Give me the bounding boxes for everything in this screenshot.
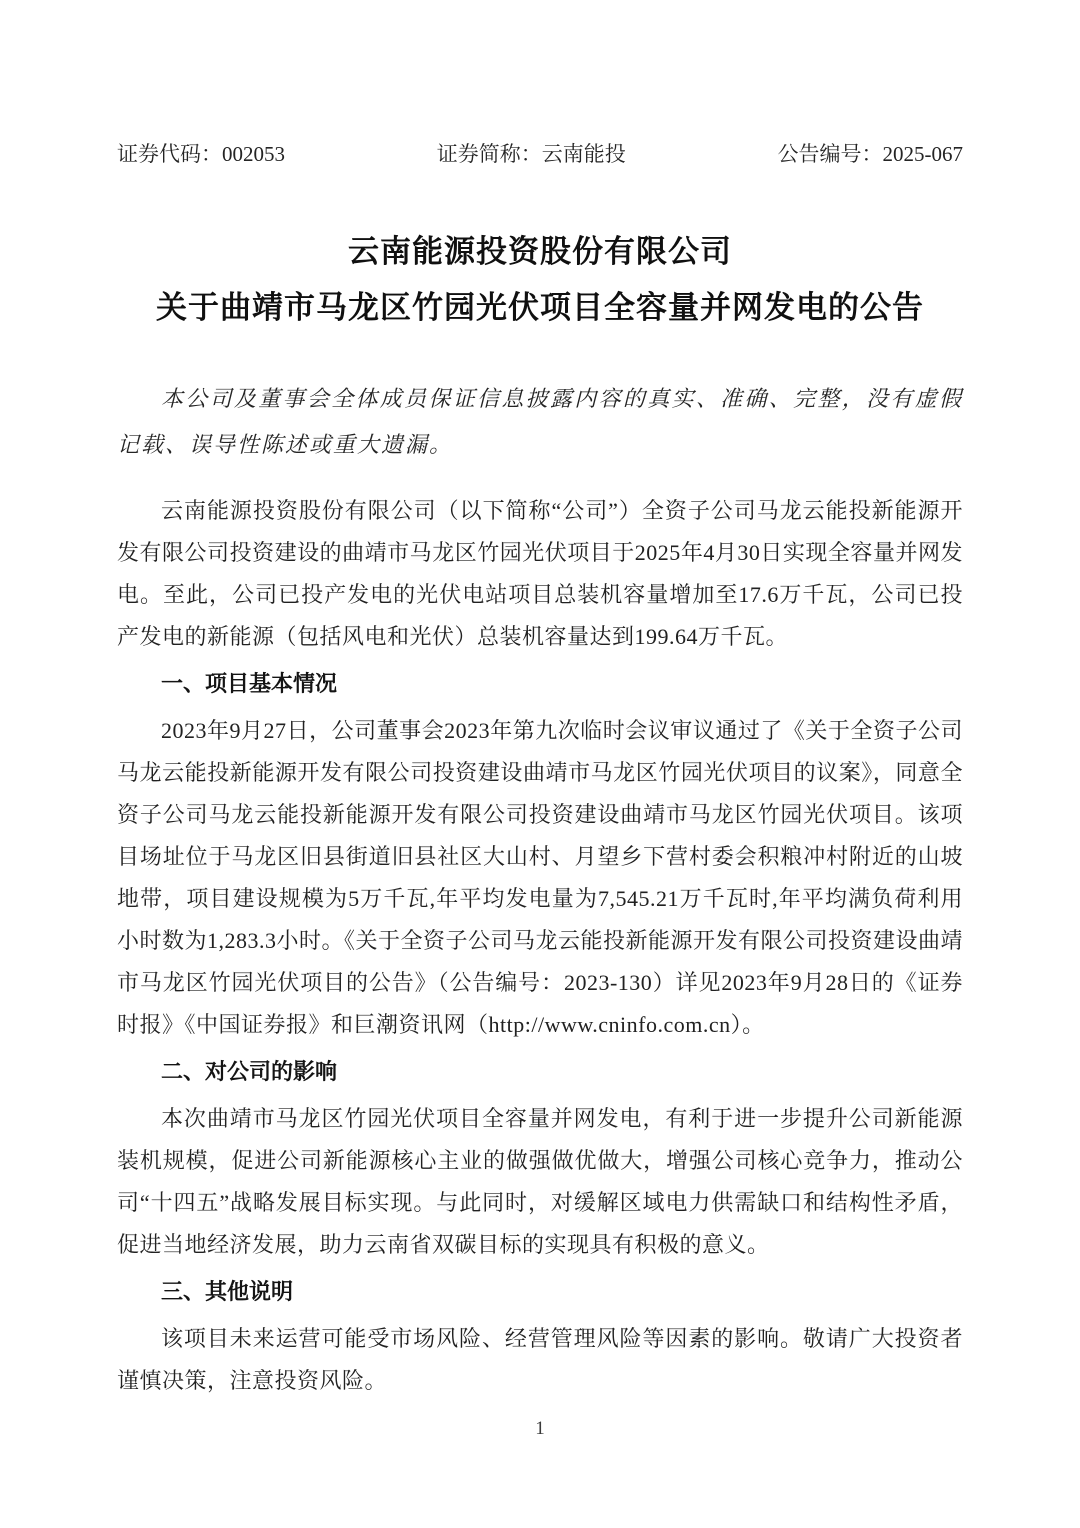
- document-header: 证券代码：002053 证券简称：云南能投 公告编号：2025-067: [117, 138, 963, 168]
- stock-code: 证券代码：002053: [117, 138, 285, 168]
- section-1-heading: 一、项目基本情况: [117, 663, 963, 705]
- stock-abbr: 证券简称：云南能投: [437, 138, 626, 168]
- board-disclaimer: 本公司及董事会全体成员保证信息披露内容的真实、准确、完整，没有虚假记载、误导性陈…: [117, 376, 963, 468]
- section-1-paragraph: 2023年9月27日，公司董事会2023年第九次临时会议审议通过了《关于全资子公…: [117, 710, 963, 1046]
- section-3-paragraph: 该项目未来运营可能受市场风险、经营管理风险等因素的影响。敬请广大投资者谨慎决策，…: [117, 1318, 963, 1402]
- announcement-number: 公告编号：2025-067: [778, 138, 964, 168]
- document-content: 证券代码：002053 证券简称：云南能投 公告编号：2025-067 云南能源…: [117, 0, 963, 1402]
- intro-paragraph: 云南能源投资股份有限公司（以下简称“公司”）全资子公司马龙云能投新能源开发有限公…: [117, 490, 963, 658]
- section-3-heading: 三、其他说明: [117, 1271, 963, 1313]
- section-2-heading: 二、对公司的影响: [117, 1051, 963, 1093]
- section-2-paragraph: 本次曲靖市马龙区竹园光伏项目全容量并网发电，有利于进一步提升公司新能源装机规模，…: [117, 1098, 963, 1266]
- document-title: 云南能源投资股份有限公司 关于曲靖市马龙区竹园光伏项目全容量并网发电的公告: [117, 224, 963, 336]
- title-announcement-subject: 关于曲靖市马龙区竹园光伏项目全容量并网发电的公告: [117, 280, 963, 336]
- announcement-page: 证券代码：002053 证券简称：云南能投 公告编号：2025-067 云南能源…: [0, 0, 1080, 1528]
- page-number: 1: [0, 1418, 1080, 1440]
- title-company-name: 云南能源投资股份有限公司: [117, 224, 963, 280]
